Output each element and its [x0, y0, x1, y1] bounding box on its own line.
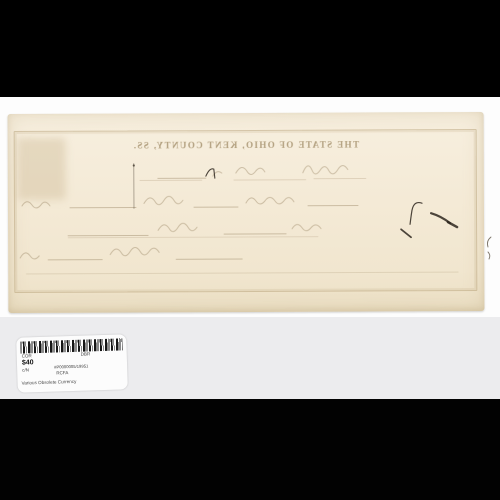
label-right-code: DBR: [81, 352, 91, 357]
obsolete-currency-note-back: THE STATE OF OHIO, KENT COUNTY, SS.: [8, 112, 485, 313]
label-grade: c/N: [22, 368, 29, 373]
dealer-inventory-label: COR DBR $40 c/N #P0000005/19951 RCFA Var…: [16, 334, 128, 392]
top-black-matte: [0, 0, 500, 97]
bottom-black-matte: [0, 399, 500, 500]
label-price: $40: [22, 359, 34, 366]
label-ref-code: RCFA: [56, 371, 68, 376]
label-inventory-number: #P0000005/19951: [54, 364, 88, 369]
label-description: Various Obsolete Currency: [22, 380, 77, 386]
handwriting-showthrough: [8, 112, 485, 313]
barcode: [20, 338, 122, 353]
edge-ink-marks: [483, 235, 499, 261]
